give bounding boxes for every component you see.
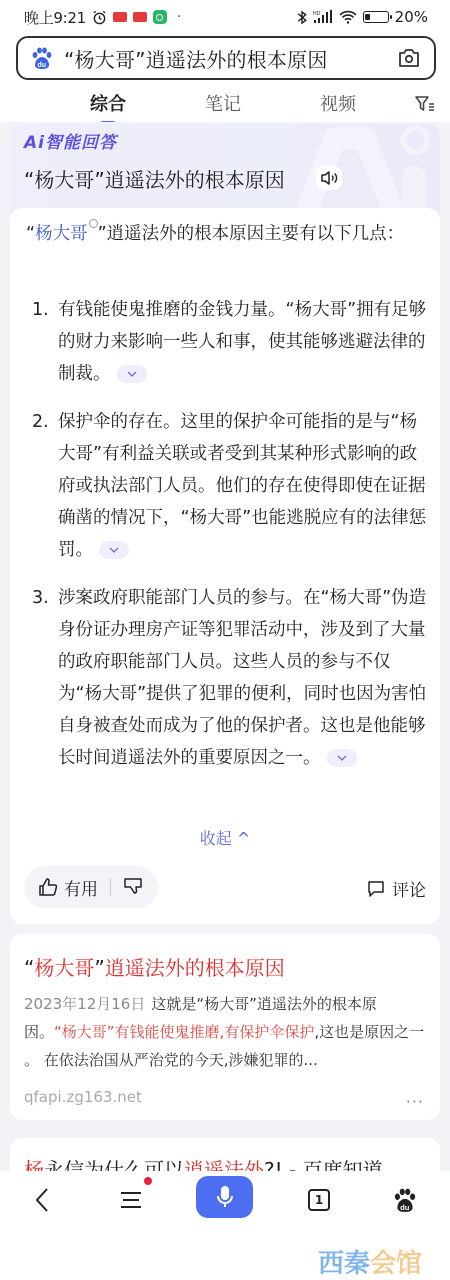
- ai-list-item-3: 3. 涉案政府职能部门人员的参与。在“杨大哥”伪造身份证办理房产证等犯罪活动中，…: [32, 582, 428, 774]
- title-quote-close: ”: [94, 956, 104, 980]
- search-result-card[interactable]: “杨大哥”逍遥法外的根本原因 2023年12月16日这就是“杨大哥”逍遥法外的根…: [10, 934, 440, 1120]
- filter-icon[interactable]: [414, 94, 436, 114]
- chevron-down-icon: [337, 755, 347, 761]
- status-bar: 晚上9:21 · HD 20%: [0, 0, 450, 34]
- svg-text:HD: HD: [313, 11, 321, 17]
- battery-percent: 20%: [395, 8, 428, 26]
- expand-source-button[interactable]: [327, 749, 357, 767]
- useful-label[interactable]: 有用: [64, 875, 98, 900]
- tab-notes[interactable]: 笔记: [205, 90, 241, 116]
- expand-source-button[interactable]: [117, 365, 147, 383]
- site-watermark: 西秦会馆: [318, 1243, 422, 1280]
- comment-label: 评论: [392, 876, 426, 901]
- svg-text:du: du: [38, 62, 47, 69]
- item-text: 有钱能使鬼推磨的金钱力量。“杨大哥”拥有足够的财力来影响一些人和事，使其能够逃避…: [58, 300, 426, 384]
- camera-icon[interactable]: [396, 45, 422, 71]
- result-date: 2023年12月16日: [24, 995, 145, 1013]
- item-text: 保护伞的存在。这里的保护伞可能指的是与“杨大哥”有利益关联或者受到其某种形式影响…: [58, 412, 426, 560]
- back-button[interactable]: [27, 1185, 57, 1215]
- tabs-button[interactable]: 1: [304, 1185, 334, 1215]
- ai-list-item-1: 1. 有钱能使鬼推磨的金钱力量。“杨大哥”拥有足够的财力来影响一些人和事，使其能…: [32, 294, 428, 390]
- result-title[interactable]: “杨大哥”逍遥法外的根本原因: [24, 952, 285, 981]
- battery-icon: [363, 11, 389, 23]
- news-app-icon-2: [133, 12, 147, 22]
- result-snippet: 2023年12月16日这就是“杨大哥”逍遥法外的根本原因。“杨大哥”有钱能使鬼推…: [24, 990, 428, 1074]
- result-source[interactable]: qfapi.zg163.net: [24, 1088, 142, 1106]
- svg-text:du: du: [400, 1203, 410, 1212]
- tab-video[interactable]: 视频: [320, 90, 356, 116]
- search-query[interactable]: “杨大哥”逍遥法外的根本原因: [64, 44, 396, 73]
- title-quote-open: “: [24, 956, 34, 980]
- tab-all[interactable]: 综合: [90, 90, 126, 116]
- comment-button[interactable]: 评论: [366, 876, 426, 901]
- snippet-highlight: “杨大哥”有钱能使鬼推磨,有保护伞保护: [54, 1023, 314, 1041]
- news-app-icon: [113, 12, 127, 22]
- thumbs-down-icon[interactable]: [123, 877, 143, 897]
- item-number: 2.: [32, 406, 58, 566]
- notification-dot: [144, 1177, 152, 1185]
- keyword-link[interactable]: 杨大哥: [35, 224, 88, 244]
- expand-source-button[interactable]: [99, 541, 129, 559]
- ai-answer-card: “杨大哥”逍遥法外的根本原因主要有以下几点： 1. 有钱能使鬼推磨的金钱力量。“…: [10, 208, 440, 924]
- more-options-icon[interactable]: ···: [406, 1092, 424, 1111]
- search-bar[interactable]: du “杨大哥”逍遥法外的根本原因: [16, 36, 436, 80]
- baidu-paw-icon: du: [30, 46, 54, 70]
- chevron-down-icon: [109, 547, 119, 553]
- watermark-part-a: 西秦: [318, 1249, 370, 1279]
- more-notifications-dot: ·: [177, 9, 181, 25]
- microphone-icon: [215, 1184, 235, 1210]
- security-app-icon: [153, 10, 167, 24]
- baidu-paw-icon: du: [392, 1187, 418, 1213]
- title-keyword: 杨大哥: [34, 956, 94, 980]
- wifi-icon: [339, 10, 357, 24]
- ai-watermark-icon: [280, 124, 430, 214]
- baidu-home-button[interactable]: du: [390, 1185, 420, 1215]
- bluetooth-icon: [297, 10, 307, 25]
- title-rest: 逍遥法外的根本原因: [105, 956, 285, 980]
- menu-button[interactable]: [116, 1185, 146, 1215]
- ai-list-item-2: 2. 保护伞的存在。这里的保护伞可能指的是与“杨大哥”有利益关联或者受到其某种形…: [32, 406, 428, 566]
- speaker-icon: [320, 170, 338, 186]
- feedback-divider: [110, 878, 111, 896]
- search-tabs: 综合 笔记 视频: [0, 86, 450, 122]
- item-text: 涉案政府职能部门人员的参与。在“杨大哥”伪造身份证办理房产证等犯罪活动中，涉及到…: [58, 588, 426, 768]
- intro-text: ”逍遥法外的根本原因主要有以下几点：: [98, 224, 405, 244]
- search-mini-icon[interactable]: [89, 219, 98, 228]
- chevron-down-icon: [127, 371, 137, 377]
- item-number: 3.: [32, 582, 58, 774]
- voice-search-button[interactable]: [196, 1176, 253, 1218]
- menu-icon: [119, 1190, 143, 1210]
- chevron-left-icon: [34, 1187, 50, 1213]
- tab-count: 1: [315, 1193, 323, 1207]
- watermark-part-b: 会馆: [370, 1249, 422, 1279]
- comment-icon: [366, 879, 386, 899]
- ai-brand-label: Ai智能回答: [24, 128, 117, 153]
- collapse-button[interactable]: 收起 ^: [10, 826, 440, 849]
- quote-open: “: [26, 224, 35, 244]
- feedback-pill: 有用: [24, 866, 158, 908]
- ai-intro: “杨大哥”逍遥法外的根本原因主要有以下几点：: [26, 218, 426, 250]
- status-time: 晚上9:21: [24, 7, 86, 28]
- ai-answer-title: “杨大哥”逍遥法外的根本原因: [24, 164, 285, 193]
- thumbs-up-icon[interactable]: [38, 877, 58, 897]
- bottom-toolbar: 1 du: [0, 1171, 450, 1231]
- ai-answer-header: Ai智能回答 “杨大哥”逍遥法外的根本原因: [10, 124, 440, 214]
- item-number: 1.: [32, 294, 58, 390]
- speaker-button[interactable]: [316, 166, 342, 190]
- alarm-icon: [92, 10, 107, 25]
- signal-icon: HD: [313, 10, 333, 24]
